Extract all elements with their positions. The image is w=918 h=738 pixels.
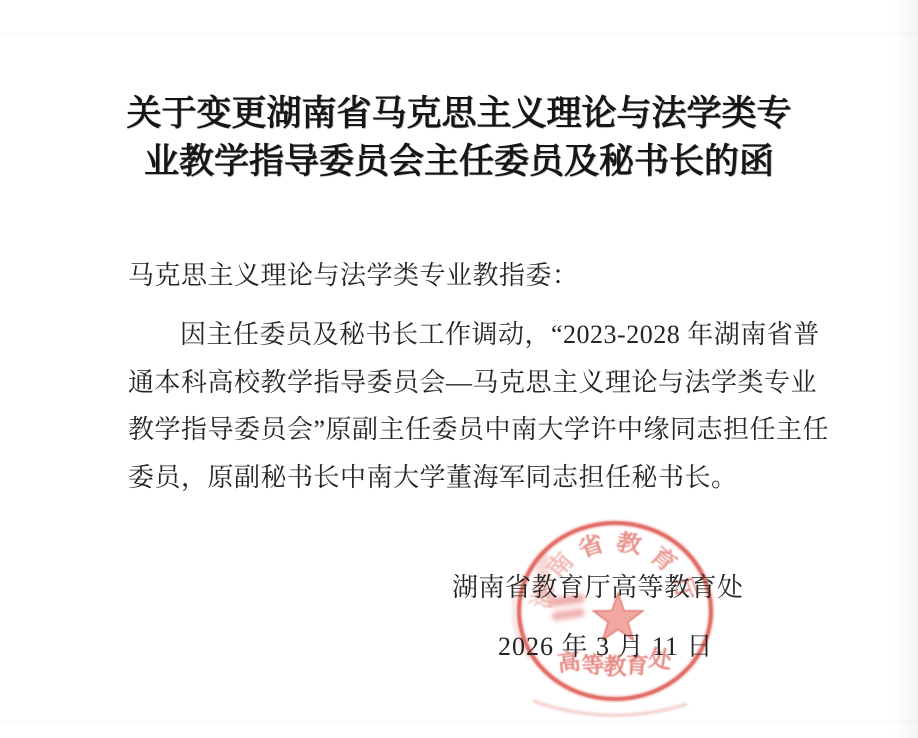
seal-ghost-arc bbox=[533, 701, 687, 715]
document-page: 关于变更湖南省马克思主义理论与法学类专 业教学指导委员会主任委员及秘书长的函 马… bbox=[0, 0, 918, 738]
official-seal: 湖 南 省 教 育 厅 高 等 教 育 处 bbox=[505, 501, 725, 721]
seal-arc-char: 教 bbox=[613, 529, 645, 559]
closing-date: 2026 年 3 月 11 日 bbox=[498, 626, 714, 663]
closing-signer: 湖南省教育厅高等教育处 bbox=[452, 567, 744, 604]
scan-artifact-line-top bbox=[0, 33, 918, 34]
scan-artifact-line-bottom bbox=[0, 721, 918, 722]
document-title: 关于变更湖南省马克思主义理论与法学类专 业教学指导委员会主任委员及秘书长的函 bbox=[0, 90, 918, 186]
salutation: 马克思主义理论与法学类专业教指委： bbox=[128, 255, 579, 292]
paragraph-line: 委员，原副秘书长中南大学董海军同志担任秘书长。 bbox=[128, 454, 808, 502]
document-title-line1: 关于变更湖南省马克思主义理论与法学类专 bbox=[0, 90, 918, 138]
body-paragraph: 因主任委员及秘书长工作调动，“2023-2028 年湖南省普 通本科高校教学指导… bbox=[128, 311, 808, 501]
paragraph-line: 因主任委员及秘书长工作调动，“2023-2028 年湖南省普 bbox=[128, 311, 808, 359]
paragraph-line: 通本科高校教学指导委员会—马克思主义理论与法学类专业 bbox=[128, 359, 808, 407]
document-title-line2: 业教学指导委员会主任委员及秘书长的函 bbox=[0, 138, 918, 186]
seal-arc-char: 省 bbox=[575, 531, 608, 563]
paragraph-line: 教学指导委员会”原副主任委员中南大学许中缘同志担任主任 bbox=[128, 406, 808, 454]
